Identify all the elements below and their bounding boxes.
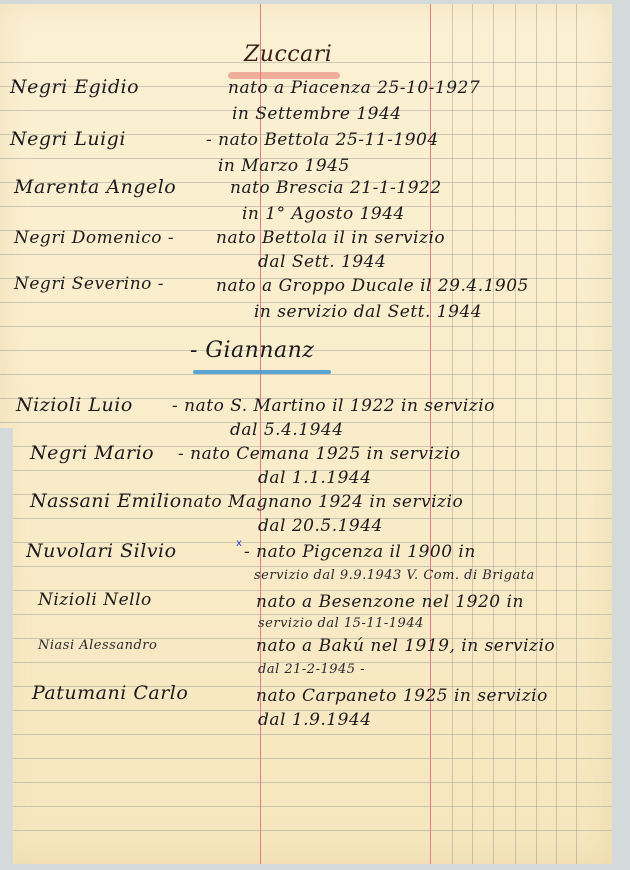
- ruled-line: [0, 782, 612, 783]
- column-line: [515, 4, 516, 864]
- ruled-line: [0, 374, 612, 375]
- entry-name: Negri Domenico -: [14, 228, 174, 248]
- entry-line1: nato a Piacenza 25-10-1927: [228, 78, 480, 98]
- entry-name: Negri Severino -: [14, 274, 164, 294]
- entry-name: Marenta Angelo: [14, 176, 176, 198]
- ruled-line: [0, 566, 612, 567]
- entry-name: Negri Luigi: [10, 128, 126, 150]
- column-line: [472, 4, 473, 864]
- column-line: [493, 4, 494, 864]
- entry-line1: nato Brescia 21-1-1922: [230, 178, 442, 198]
- entry-name: Nuvolari Silvio: [26, 540, 177, 562]
- entry-name: Nizioli Nello: [38, 590, 152, 610]
- entry-line1: nato a Bakú nel 1919, in servizio: [256, 636, 555, 656]
- column-line: [536, 4, 537, 864]
- annotation-mark: x: [236, 538, 242, 549]
- entry-line1: nato Carpaneto 1925 in servizio: [256, 686, 548, 706]
- entry-name: Niasi Alessandro: [38, 638, 157, 653]
- entry-line2: dal 5.4.1944: [230, 420, 344, 440]
- ruled-line: [0, 326, 612, 327]
- entry-line1: nato a Besenzone nel 1920 in: [256, 592, 524, 612]
- heading-underline-blue: [193, 370, 331, 374]
- section-heading-2: - Giannanz: [190, 338, 314, 363]
- ruled-line: [0, 734, 612, 735]
- entry-line1: - nato Bettola 25-11-1904: [206, 130, 439, 150]
- ruled-line: [0, 758, 612, 759]
- column-line: [452, 4, 453, 864]
- entry-line1: nato a Groppo Ducale il 29.4.1905: [216, 276, 529, 296]
- entry-line1: nato Magnano 1924 in servizio: [182, 492, 463, 512]
- entry-name: Negri Egidio: [10, 76, 139, 98]
- entry-line1: nato Bettola il in servizio: [216, 228, 445, 248]
- entry-name: Negri Mario: [30, 442, 154, 464]
- entry-line2: dal 20.5.1944: [258, 516, 383, 536]
- entry-line2: in 1° Agosto 1944: [242, 204, 405, 224]
- entry-line1: - nato S. Martino il 1922 in servizio: [172, 396, 495, 416]
- torn-edge: [0, 428, 13, 870]
- column-line: [556, 4, 557, 864]
- entry-line2: servizio dal 9.9.1943 V. Com. di Brigata: [254, 568, 535, 583]
- entry-line2: in Settembre 1944: [232, 104, 402, 124]
- entry-line2: dal Sett. 1944: [258, 252, 386, 272]
- entry-line2: dal 21-2-1945 -: [258, 662, 365, 677]
- entry-name: Nassani Emilio: [30, 490, 182, 512]
- entry-name: Patumani Carlo: [32, 682, 188, 704]
- entry-line2: dal 1.1.1944: [258, 468, 372, 488]
- entry-name: Nizioli Luio: [16, 394, 133, 416]
- entry-line1: - nato Pigcenza il 1900 in: [244, 542, 476, 562]
- entry-line2: dal 1.9.1944: [258, 710, 372, 730]
- ruled-line: [0, 830, 612, 831]
- entry-line2: servizio dal 15-11-1944: [258, 616, 424, 631]
- entry-line1: - nato Cemana 1925 in servizio: [178, 444, 461, 464]
- column-line: [576, 4, 577, 864]
- ruled-line: [0, 806, 612, 807]
- entry-line2: in Marzo 1945: [218, 156, 350, 176]
- section-heading-1: Zuccari: [244, 42, 332, 67]
- ruled-line: [0, 614, 612, 615]
- entry-line2: in servizio dal Sett. 1944: [254, 302, 482, 322]
